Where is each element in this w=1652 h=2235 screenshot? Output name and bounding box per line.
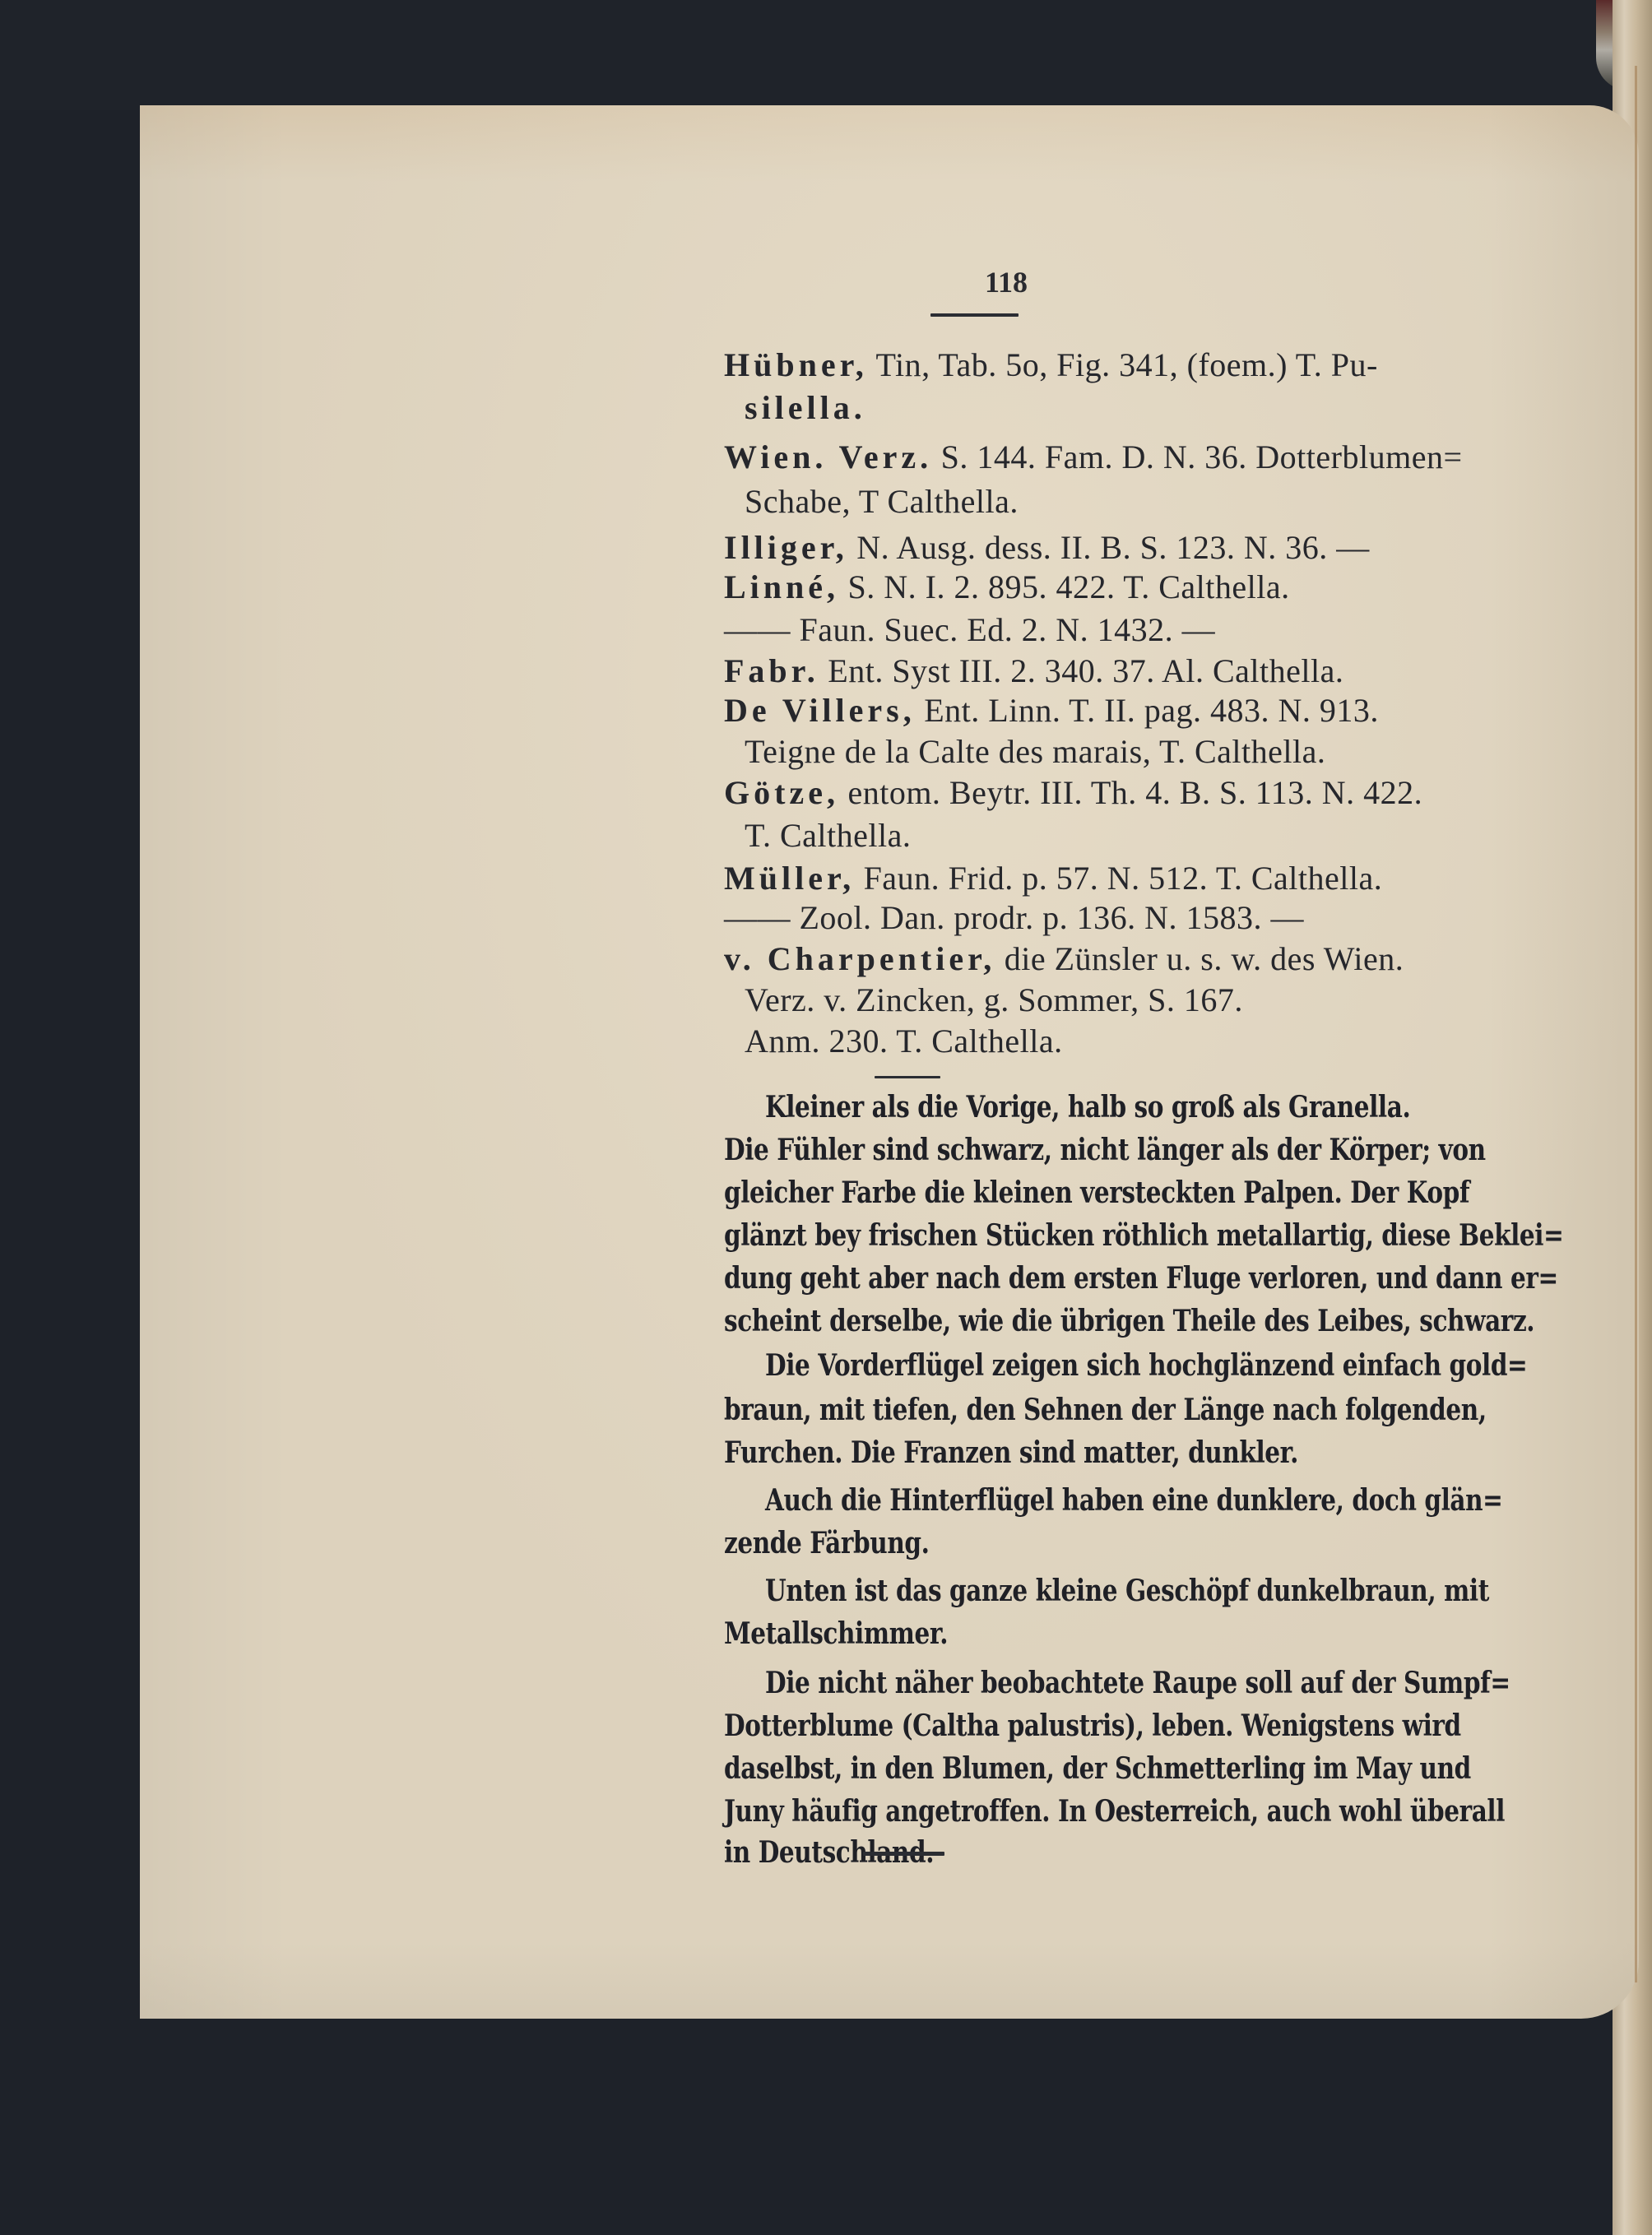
reference-line: Illiger, N. Ausg. dess. II. B. S. 123. N… (724, 528, 1370, 567)
reference-line: Hübner, Tin, Tab. 5o, Fig. 341, (foem.) … (724, 345, 1378, 384)
reference-line: v. Charpentier, die Zünsler u. s. w. des… (724, 939, 1404, 978)
reference-line: Götze, entom. Beytr. III. Th. 4. B. S. 1… (724, 773, 1422, 812)
description-line: braun, mit tiefen, den Sehnen der Länge … (724, 1393, 1487, 1427)
reference-line: Verz. v. Zincken, g. Sommer, S. 167. (745, 981, 1243, 1019)
header-rule (930, 313, 1019, 317)
description-line: Auch die Hinterflügel haben eine dunkler… (765, 1483, 1502, 1518)
reference-line: T. Calthella. (745, 816, 911, 855)
description-line: Juny häufig angetroffen. In Oesterreich,… (724, 1794, 1505, 1829)
page-number: 118 (957, 265, 1056, 299)
reference-line: Anm. 230. T. Calthella. (745, 1022, 1063, 1060)
description-line: daselbst, in den Blumen, der Schmetterli… (724, 1751, 1471, 1786)
description-line: Kleiner als die Vorige, halb so groß als… (765, 1090, 1410, 1124)
scan-backdrop (0, 0, 1652, 110)
description-line: gleicher Farbe die kleinen versteckten P… (724, 1175, 1469, 1210)
reference-line: Linné, S. N. I. 2. 895. 422. T. Calthell… (724, 568, 1290, 606)
reference-line: De Villers, Ent. Linn. T. II. pag. 483. … (724, 691, 1379, 730)
description-line: Dotterblume (Caltha palustris), leben. W… (724, 1709, 1461, 1743)
description-line: Metallschimmer. (724, 1616, 948, 1651)
reference-line: Wien. Verz. S. 144. Fam. D. N. 36. Dotte… (724, 438, 1463, 476)
reference-line: silella. (745, 388, 866, 427)
reference-line: —— Zool. Dan. prodr. p. 136. N. 1583. — (724, 898, 1304, 937)
end-divider (863, 1852, 944, 1856)
description-line: Die nicht näher beobachtete Raupe soll a… (765, 1666, 1510, 1700)
description-line: Furchen. Die Franzen sind matter, dunkle… (724, 1435, 1298, 1470)
description-line: Unten ist das ganze kleine Geschöpf dunk… (765, 1574, 1489, 1608)
description-line: dung geht aber nach dem ersten Fluge ver… (724, 1261, 1558, 1296)
reference-line: Teigne de la Calte des marais, T. Calthe… (745, 732, 1325, 771)
section-divider (875, 1076, 940, 1078)
description-line: Die Fühler sind schwarz, nicht länger al… (724, 1133, 1486, 1167)
reference-line: Fabr. Ent. Syst III. 2. 340. 37. Al. Cal… (724, 651, 1343, 690)
reference-line: Schabe, T Calthella. (745, 482, 1019, 521)
description-line: Die Vorderflügel zeigen sich hochglänzen… (765, 1348, 1527, 1383)
reference-line: —— Faun. Suec. Ed. 2. N. 1432. — (724, 610, 1215, 649)
description-line: scheint derselbe, wie die übrigen Theile… (724, 1304, 1534, 1338)
reference-line: Müller, Faun. Frid. p. 57. N. 512. T. Ca… (724, 859, 1382, 897)
description-line: zende Färbung. (724, 1526, 929, 1560)
description-line: glänzt bey frischen Stücken röthlich met… (724, 1218, 1563, 1253)
page-gutter (1635, 66, 1637, 1982)
